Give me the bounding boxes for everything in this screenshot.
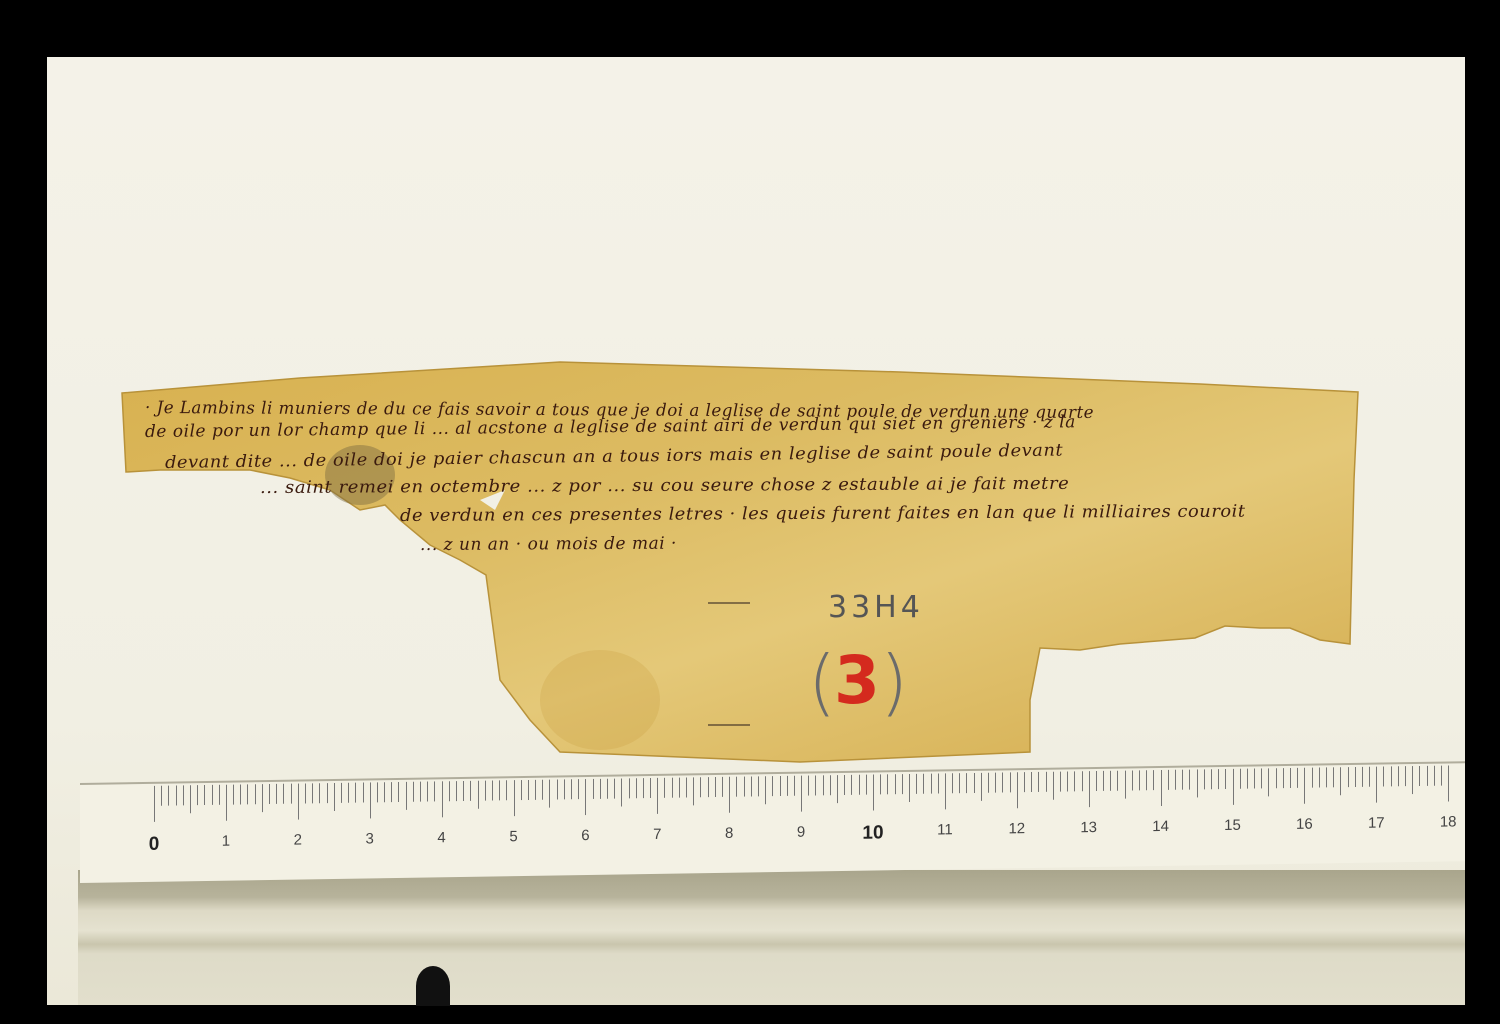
ruler-tick (470, 781, 471, 801)
ruler-tick (1326, 767, 1327, 787)
ruler-tick (722, 777, 723, 797)
ruler-tick (1038, 772, 1039, 792)
ruler-tick (1362, 767, 1363, 787)
ruler-tick (715, 777, 716, 797)
folio-paren-left: ( (808, 640, 836, 724)
ruler-tick (442, 781, 443, 817)
ruler-tick (1117, 771, 1118, 791)
ruler-tick (1053, 772, 1054, 800)
ruler-tick (549, 780, 550, 808)
ruler-tick (456, 781, 457, 801)
ruler-tick (319, 783, 320, 803)
ruler-tick (391, 782, 392, 802)
ruler-tick (966, 773, 967, 793)
ruler-tick (880, 774, 881, 794)
ruler-tick (255, 784, 256, 804)
ruler-label: 1 (222, 833, 230, 850)
ruler-tick (370, 782, 371, 818)
ruler-tick (233, 785, 234, 805)
ruler-tick (427, 782, 428, 802)
ruler-tick (916, 774, 917, 794)
ruler-tick (219, 785, 220, 805)
ruler-tick (212, 785, 213, 805)
ruler-tick (988, 773, 989, 793)
ruler-tick (729, 777, 730, 813)
ruler-tick (1225, 769, 1226, 789)
ruler-tick (938, 774, 939, 794)
ruler-tick (614, 779, 615, 799)
ruler-label: 17 (1368, 815, 1385, 832)
ruler-tick (506, 780, 507, 800)
ruler-tick (557, 779, 558, 799)
ruler-tick (1312, 768, 1313, 788)
ruler-label: 14 (1152, 818, 1169, 835)
ruler-tick (1427, 766, 1428, 786)
ruler-tick (1233, 769, 1234, 805)
ruler-tick (183, 785, 184, 805)
ruler-tick (708, 777, 709, 797)
ruler-tick (161, 786, 162, 806)
ruler-tick (1125, 771, 1126, 799)
ruler-tick (758, 776, 759, 796)
ruler-tick (1110, 771, 1111, 791)
ruler-tick (463, 781, 464, 801)
ruler-tick (1240, 769, 1241, 789)
ruler-tick (1189, 770, 1190, 790)
ruler-tick (355, 783, 356, 803)
ruler-tick (844, 775, 845, 795)
ruler-tick (1024, 772, 1025, 792)
folio-paren-right: ) (880, 640, 908, 724)
ruler-label: 4 (437, 829, 445, 846)
ruler-tick (808, 776, 809, 796)
ruler-tick (226, 785, 227, 821)
ruler-tick (1319, 768, 1320, 788)
ruler-tick (363, 783, 364, 803)
ruler-tick (276, 784, 277, 804)
ruler-tick (1161, 770, 1162, 806)
ruler-tick (341, 783, 342, 803)
ruler-tick (672, 778, 673, 798)
ruler-tick (449, 781, 450, 801)
ruler-tick (1103, 771, 1104, 791)
folio-number: 3 (834, 642, 880, 719)
ruler-tick (664, 778, 665, 798)
ruler-tick (981, 773, 982, 801)
ruler-tick (1204, 769, 1205, 789)
ruler-tick (521, 780, 522, 800)
ruler-tick (1419, 766, 1420, 786)
ruler-tick (298, 784, 299, 820)
ruler-tick (305, 783, 306, 803)
ruler-tick (327, 783, 328, 803)
ruler-tick (585, 779, 586, 815)
ruler-tick (1060, 772, 1061, 792)
ruler-tick (859, 775, 860, 795)
ruler-tick (1283, 768, 1284, 788)
ruler-tick (1398, 766, 1399, 786)
ruler-tick (1297, 768, 1298, 788)
ruler-tick (959, 773, 960, 793)
ruler-tick (190, 785, 191, 813)
ruler-tick (1369, 767, 1370, 787)
ruler-tick (499, 780, 500, 800)
ruler-label: 9 (797, 824, 805, 841)
ruler-tick (1304, 768, 1305, 804)
ruler-tick (312, 783, 313, 803)
ruler-tick (693, 777, 694, 805)
ruler-label: 5 (509, 828, 517, 845)
ruler-tick (679, 778, 680, 798)
ruler-tick (686, 777, 687, 797)
ruler-tick (600, 779, 601, 799)
ruler-tick (643, 778, 644, 798)
ruler-tick (636, 778, 637, 798)
ruler-tick (1175, 770, 1176, 790)
ruler-tick (815, 775, 816, 795)
ruler-body (78, 870, 1465, 1005)
ruler-tick (535, 780, 536, 800)
ruler-tick (650, 778, 651, 798)
ruler-tick (1074, 771, 1075, 791)
ruler-label: 12 (1008, 820, 1025, 837)
ruler-tick (772, 776, 773, 796)
ruler-tick (1348, 767, 1349, 787)
ruler-label: 16 (1296, 816, 1313, 833)
shelfmark-label: 33H4 (828, 590, 924, 625)
ruler-tick (1010, 772, 1011, 792)
ruler-tick (204, 785, 205, 805)
ruler-tick (564, 779, 565, 799)
ruler-tick (384, 782, 385, 802)
ruler-label: 6 (581, 827, 589, 844)
ruler-tick (334, 783, 335, 811)
ruler-tick (780, 776, 781, 796)
mount-hole (416, 966, 450, 1006)
ruler-label: 2 (294, 832, 302, 849)
ruler-tick (751, 776, 752, 796)
ruler-tick (923, 774, 924, 794)
ruler-tick (262, 784, 263, 812)
ruler-tick (787, 776, 788, 796)
ruler-tick (1254, 769, 1255, 789)
ruler-tick (607, 779, 608, 799)
ruler-tick (1017, 772, 1018, 808)
ruler-label: 8 (725, 825, 733, 842)
ruler-tick (398, 782, 399, 802)
ruler-tick (744, 777, 745, 797)
manuscript-line-6: ... z un an · ou mois de mai · (420, 534, 677, 555)
ruler-tick (377, 782, 378, 802)
ruler-tick (1002, 772, 1003, 792)
ruler-tick (765, 776, 766, 804)
ruler-label: 18 (1440, 813, 1457, 830)
ruler-tick (1031, 772, 1032, 792)
ruler-tick (837, 775, 838, 803)
ruler-tick (657, 778, 658, 814)
ruler-tick (269, 784, 270, 804)
ruler-label: 3 (366, 830, 374, 847)
ruler-tick (578, 779, 579, 799)
ruler-tick (434, 781, 435, 801)
ruler-tick (571, 779, 572, 799)
ruler-tick (1168, 770, 1169, 790)
ruler-tick (348, 783, 349, 803)
ruler-tick (154, 786, 155, 822)
ruler-tick (1182, 770, 1183, 790)
ruler-tick (830, 775, 831, 795)
ruler-tick (1391, 766, 1392, 786)
ruler-tick (851, 775, 852, 795)
ruler-tick (1153, 770, 1154, 790)
ruler-tick (974, 773, 975, 793)
ruler-tick (240, 784, 241, 804)
ruler-tick (1333, 767, 1334, 787)
ruler-tick (514, 780, 515, 816)
ruler-tick (1247, 769, 1248, 789)
ruler-tick (247, 784, 248, 804)
ruler-tick (1448, 765, 1449, 801)
ruler-tick (1290, 768, 1291, 788)
ruler-tick (1355, 767, 1356, 787)
ruler-tick (197, 785, 198, 805)
ruler-tick (1276, 768, 1277, 788)
ruler-tick (629, 778, 630, 798)
ruler-tick (995, 773, 996, 793)
ruler-tick (909, 774, 910, 802)
ruler-tick (1383, 767, 1384, 787)
ruler-tick (478, 781, 479, 809)
ruler-tick (291, 784, 292, 804)
ruler-tick (700, 777, 701, 797)
ruler-tick (1434, 766, 1435, 786)
ruler-tick (895, 774, 896, 794)
manuscript-line-4: ... saint remei en octembre ... z por ..… (260, 474, 1069, 498)
ruler-tick (413, 782, 414, 802)
ruler-tick (1441, 766, 1442, 786)
ruler-tick (621, 778, 622, 806)
ruler-tick (1268, 768, 1269, 796)
ruler-tick (1089, 771, 1090, 807)
ruler-tick (542, 780, 543, 800)
ruler-tick (420, 782, 421, 802)
ruler-tick (406, 782, 407, 810)
ruler-tick (1261, 768, 1262, 788)
ruler-label: 7 (653, 826, 661, 843)
ruler-tick (945, 773, 946, 809)
ruler-tick (168, 786, 169, 806)
ruler-tick (931, 774, 932, 794)
ruler-tick (1132, 770, 1133, 790)
ruler-label: 10 (862, 822, 883, 844)
ruler-label: 11 (937, 821, 953, 838)
ruler-tick (823, 775, 824, 795)
ruler-tick (736, 777, 737, 797)
ruler-tick (1082, 771, 1083, 791)
ruler-tick (902, 774, 903, 794)
ruler-tick (1067, 771, 1068, 791)
ruler-tick (1046, 772, 1047, 792)
ruler-tick (794, 776, 795, 796)
ruler-tick (1197, 769, 1198, 797)
ruler-tick (1211, 769, 1212, 789)
ruler-tick (1405, 766, 1406, 786)
ruler-tick (593, 779, 594, 799)
ruler-label: 15 (1224, 817, 1241, 834)
ruler-tick (492, 781, 493, 801)
ruler-tick (485, 781, 486, 801)
ruler-tick (1340, 767, 1341, 795)
ruler-tick (1096, 771, 1097, 791)
ruler-tick (887, 774, 888, 794)
ruler-label: 0 (149, 834, 160, 856)
ruler-tick (528, 780, 529, 800)
ruler-tick (1146, 770, 1147, 790)
ruler-tick (952, 773, 953, 793)
ruler-tick (873, 775, 874, 811)
ruler-tick (176, 785, 177, 805)
ruler-tick (283, 784, 284, 804)
ruler-tick (1412, 766, 1413, 794)
ruler-tick (1218, 769, 1219, 789)
ruler-label: 13 (1080, 819, 1097, 836)
ruler-tick (1139, 770, 1140, 790)
ruler-tick (801, 776, 802, 812)
ruler-tick (866, 775, 867, 795)
ruler-tick (1376, 767, 1377, 803)
